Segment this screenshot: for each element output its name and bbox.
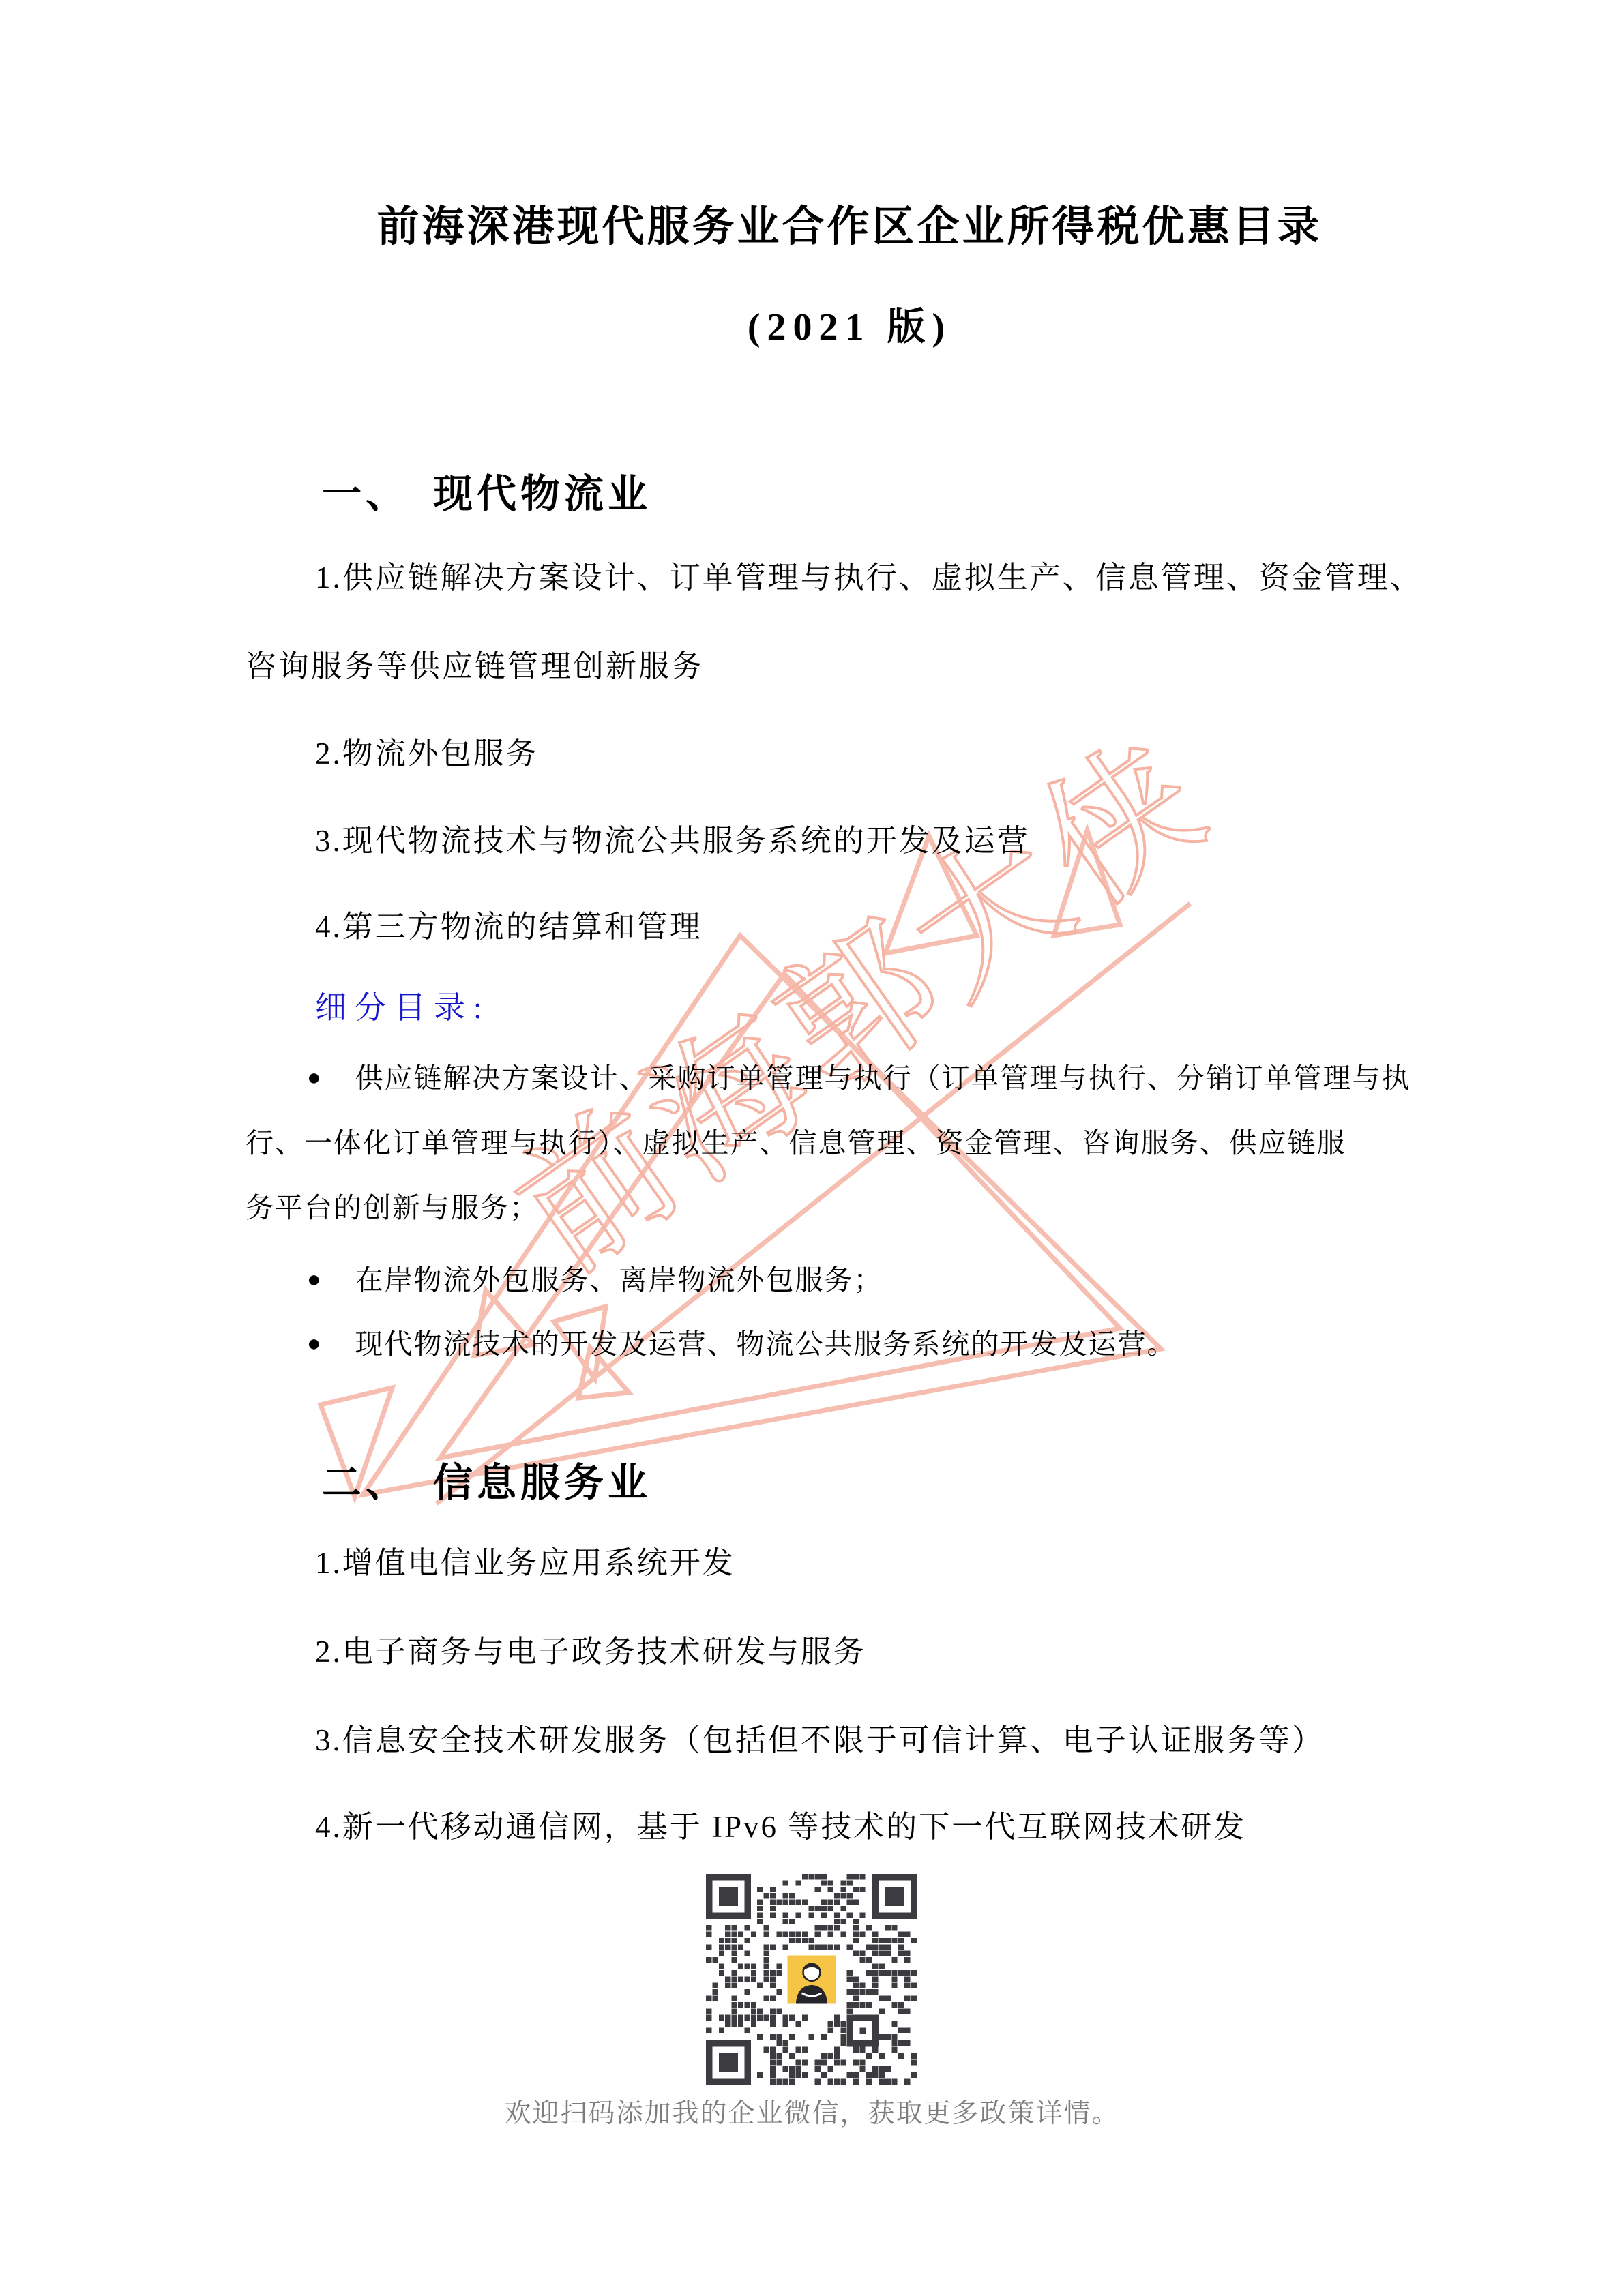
subcatalog-bullet-1-line-2: 行、一体化订单管理与执行）、虚拟生产、信息管理、资金管理、咨询服务、供应链服 — [246, 1127, 1346, 1159]
subcatalog-bullet-3-line-1: 现代物流技术的开发及运营、物流公共服务系统的开发及运营。 — [355, 1328, 1177, 1360]
subcatalog-bullet-2: ●在岸物流外包服务、离岸物流外包服务； — [307, 1264, 883, 1296]
section-1-item-3: 3.现代物流技术与物流公共服务系统的开发及运营 — [315, 824, 1030, 859]
subcatalog-label: 细分目录: — [315, 990, 490, 1026]
subcatalog-bullet-2-line-1: 在岸物流外包服务、离岸物流外包服务； — [355, 1264, 883, 1296]
qr-center-avatar — [787, 1955, 836, 2003]
section-2-heading: 二、 信息服务业 — [322, 1461, 651, 1506]
document-page: 前海郭大侠 前海深港现代服务业合作区企业所得税优惠目录 (2021 版) 一、 … — [0, 0, 1624, 2296]
qr-caption: 欢迎扫码添加我的企业微信，获取更多政策详情。 — [0, 2099, 1624, 2130]
bullet-icon: ● — [307, 1064, 323, 1091]
section-2-item-4: 4.新一代移动通信网，基于 IPv6 等技术的下一代互联网技术研发 — [315, 1810, 1246, 1845]
section-1-item-2: 2.物流外包服务 — [315, 736, 539, 772]
qr-code-image — [706, 1874, 917, 2085]
section-1-item-1-line-2: 咨询服务等供应链管理创新服务 — [246, 649, 704, 685]
bullet-icon: ● — [307, 1330, 323, 1357]
document-subtitle: (2021 版) — [75, 305, 1624, 349]
section-2-item-1: 1.增值电信业务应用系统开发 — [315, 1546, 735, 1581]
section-1-item-4: 4.第三方物流的结算和管理 — [315, 910, 703, 945]
section-2-item-2: 2.电子商务与电子政务技术研发与服务 — [315, 1635, 866, 1670]
section-1-item-1-line-1: 1.供应链解决方案设计、订单管理与执行、虚拟生产、信息管理、资金管理、 — [315, 561, 1423, 596]
document-title: 前海深港现代服务业合作区企业所得税优惠目录 — [75, 203, 1624, 252]
bullet-icon: ● — [307, 1266, 323, 1293]
subcatalog-bullet-1: ●供应链解决方案设计、采购订单管理与执行（订单管理与执行、分销订单管理与执 — [307, 1062, 1411, 1094]
subcatalog-bullet-1-line-1: 供应链解决方案设计、采购订单管理与执行（订单管理与执行、分销订单管理与执 — [355, 1062, 1411, 1094]
document-content: 前海深港现代服务业合作区企业所得税优惠目录 (2021 版) 一、 现代物流业 … — [0, 0, 1624, 2296]
section-1-heading: 一、 现代物流业 — [322, 472, 651, 518]
subcatalog-bullet-3: ●现代物流技术的开发及运营、物流公共服务系统的开发及运营。 — [307, 1328, 1177, 1360]
qr-code — [706, 1874, 917, 2085]
section-2-item-3: 3.信息安全技术研发服务（包括但不限于可信计算、电子认证服务等） — [315, 1723, 1325, 1759]
subcatalog-bullet-1-line-3: 务平台的创新与服务； — [246, 1192, 539, 1224]
